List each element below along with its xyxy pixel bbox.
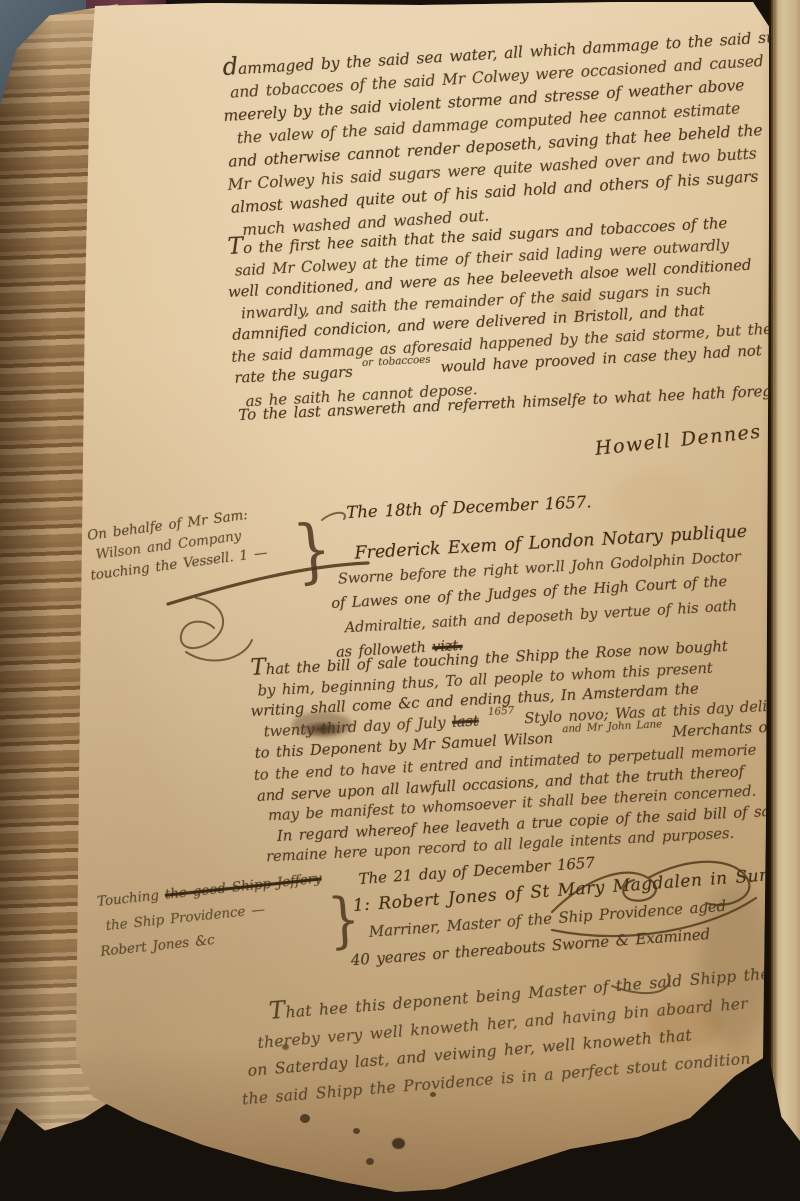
manuscript-photo: { "photo": { "scene": "aged handwritten … [0, 0, 800, 1201]
deposition-paragraph-3: That the bill of sale touching the Shipp… [250, 628, 800, 869]
heading-text: The 18th of December 1657. [346, 492, 592, 522]
deposition-paragraph-4: That hee this deponent being Master of t… [268, 950, 800, 1111]
marginal-note-1: On behalfe of Mr Sam: Wilson and Company… [86, 503, 269, 585]
date-heading-1: The 18th of December 1657. [346, 492, 592, 522]
speck [366, 1158, 374, 1165]
speck [353, 1128, 360, 1134]
text-segment: Touching [96, 888, 159, 910]
page-content: dammaged by the said sea water, all whic… [0, 0, 800, 1201]
facing-page-edge [769, 0, 800, 1201]
marginal-note-2: Touching the good Shipp Jeffery the Ship… [96, 866, 328, 964]
deposition-paragraph-1: dammaged by the said sea water, all whic… [222, 21, 800, 243]
struck-word: last [452, 712, 480, 730]
letter-flourish [181, 598, 252, 661]
speck [392, 1138, 405, 1149]
interlinear-year: 1657 [487, 700, 514, 722]
interlinear-insertion: or tobaccoes [361, 350, 431, 375]
deposition-paragraph-2: To the first hee saith that the said sug… [227, 202, 800, 412]
margin-brace: } [290, 507, 335, 592]
signature-text: Howell Dennes [594, 421, 763, 460]
interlinear-insertion: and Mr John Lane [562, 715, 663, 741]
speck [300, 1114, 310, 1123]
deponent-signature: Howell Dennes [594, 421, 763, 460]
entry-number: 1: [352, 895, 371, 916]
